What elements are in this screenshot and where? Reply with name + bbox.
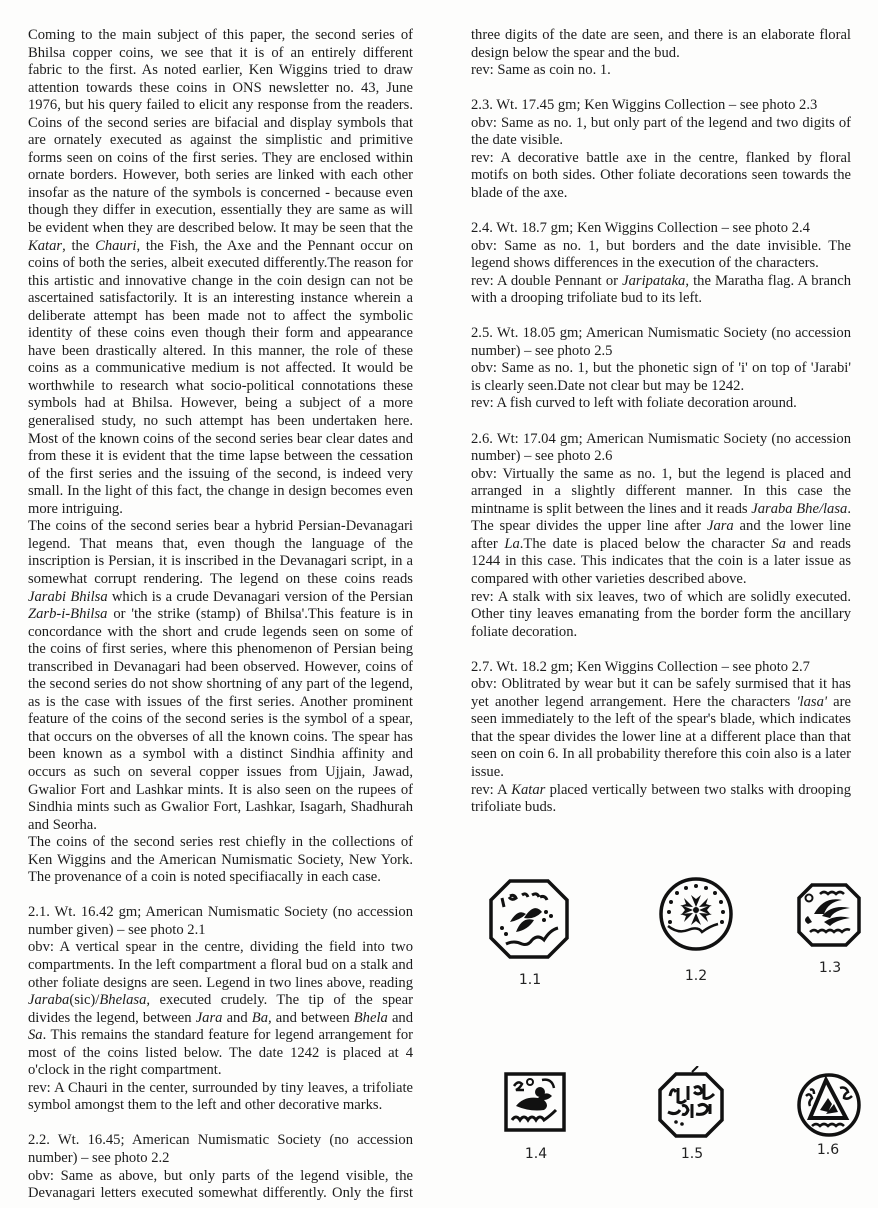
entry-2-1-obv: obv: A vertical spear in the centre, div… — [28, 939, 413, 1079]
coin-1-4-label: 1.4 — [496, 1146, 576, 1162]
rev-text: rev: A — [471, 782, 511, 798]
right-column: three digits of the date are seen, and t… — [471, 27, 851, 817]
legend-text-1: The coins of the second series bear a hy… — [28, 518, 413, 587]
sa-term: Sa — [28, 1027, 43, 1043]
coin-1-5-label: 1.5 — [652, 1146, 732, 1162]
entry-2-5-rev: rev: A fish curved to left with foliate … — [471, 395, 851, 413]
entry-2-4-header: 2.4. Wt. 18.7 gm; Ken Wiggins Collection… — [471, 220, 851, 238]
entry-2-5-header: 2.5. Wt. 18.05 gm; American Numismatic S… — [471, 325, 851, 360]
coin-1-4-sketch-icon — [504, 1072, 566, 1132]
intro-text-mid: , the — [62, 238, 95, 254]
legend-paragraph: The coins of the second series bear a hy… — [28, 518, 413, 834]
coin-1-1-sketch-icon — [488, 878, 570, 960]
paragraph-gap — [471, 202, 851, 220]
coin-1-5-sketch-icon — [656, 1066, 726, 1142]
rev-text: rev: A double Pennant or — [471, 273, 622, 289]
entry-2-3-obv: obv: Same as no. 1, but only part of the… — [471, 115, 851, 150]
collections-paragraph: The coins of the second series rest chie… — [28, 834, 413, 887]
entry-2-6-rev: rev: A stalk with six leaves, two of whi… — [471, 589, 851, 642]
entry-2-2-obv: obv: Same as above, but only parts of th… — [28, 1168, 413, 1203]
bhela-term: Bhela — [354, 1010, 388, 1026]
paragraph-gap — [471, 80, 851, 98]
la-term: La — [504, 536, 519, 552]
conj: and — [388, 1010, 413, 1026]
coin-1-2-label: 1.2 — [656, 968, 736, 984]
jarabi-bhilsa-term: Jarabi Bhilsa — [28, 589, 108, 605]
obv-text: obv: Oblitrated by wear but it can be sa… — [471, 676, 851, 710]
obv-text: obv: A vertical spear in the centre, div… — [28, 939, 413, 990]
entry-2-7-obv: obv: Oblitrated by wear but it can be sa… — [471, 676, 851, 781]
coin-1-6-label: 1.6 — [788, 1142, 868, 1158]
entry-2-2-obv-cont: three digits of the date are seen, and t… — [471, 27, 851, 62]
entry-2-7-header: 2.7. Wt. 18.2 gm; Ken Wiggins Collection… — [471, 659, 851, 677]
zarb-i-bhilsa-term: Zarb-i-Bhilsa — [28, 606, 107, 622]
katar-term: Katar — [511, 782, 545, 798]
coin-sketches-figure: 1.1 1.2 — [470, 860, 870, 1200]
jaripataka-term: Jaripataka — [622, 273, 685, 289]
jara-term: Jara — [707, 518, 734, 534]
jaraba-term: Jaraba — [28, 992, 69, 1008]
coin-1-3-sketch-icon — [796, 882, 862, 948]
sa-term: Sa — [771, 536, 786, 552]
intro-paragraph: Coming to the main subject of this paper… — [28, 27, 413, 518]
intro-text-rest: , the Fish, the Axe and the Pennant occu… — [28, 238, 413, 517]
entry-2-3-header: 2.3. Wt. 17.45 gm; Ken Wiggins Collectio… — [471, 97, 851, 115]
paragraph-gap — [471, 413, 851, 431]
jara-term: Jara — [196, 1010, 223, 1026]
legend-text-2: which is a crude Devanagari version of t… — [108, 589, 413, 605]
legend-text-3: or 'the strike (stamp) of Bhilsa'.This f… — [28, 606, 413, 833]
lasa-term: 'lasa' — [796, 694, 827, 710]
katar-term: Katar — [28, 238, 62, 254]
coin-1-3-label: 1.3 — [790, 960, 870, 976]
chauri-term: Chauri — [95, 238, 136, 254]
paragraph-gap — [28, 1115, 413, 1133]
bhelasa-term: Bhelasa, — [99, 992, 150, 1008]
entry-2-1-rev: rev: A Chauri in the center, surrounded … — [28, 1080, 413, 1115]
coin-1-6-sketch-icon — [796, 1072, 862, 1138]
entry-2-4-rev: rev: A double Pennant or Jaripataka, the… — [471, 273, 851, 308]
entry-2-6-obv: obv: Virtually the same as no. 1, but th… — [471, 466, 851, 589]
entry-2-4-obv: obv: Same as no. 1, but borders and the … — [471, 238, 851, 273]
conj: and between — [272, 1010, 354, 1026]
obv-text-d: .The date is placed below the character — [520, 536, 772, 552]
jaraba-bhelasa-term: Jaraba Bhe/lasa — [751, 501, 847, 517]
entry-2-2-header: 2.2. Wt. 16.45; American Numismatic Soci… — [28, 1132, 413, 1167]
entry-2-3-rev: rev: A decorative battle axe in the cent… — [471, 150, 851, 203]
coin-1-2-sketch-icon — [658, 876, 734, 952]
paragraph-gap — [471, 641, 851, 659]
conj: and — [222, 1010, 251, 1026]
left-column: Coming to the main subject of this paper… — [28, 27, 413, 1203]
ba-term: Ba, — [252, 1010, 272, 1026]
obv-text-c: . This remains the standard feature for … — [28, 1027, 413, 1078]
entry-2-5-obv: obv: Same as no. 1, but the phonetic sig… — [471, 360, 851, 395]
coin-1-1-label: 1.1 — [490, 972, 570, 988]
sic-note: (sic)/ — [69, 992, 99, 1008]
entry-2-2-rev: rev: Same as coin no. 1. — [471, 62, 851, 80]
entry-2-7-rev: rev: A Katar placed vertically between t… — [471, 782, 851, 817]
paragraph-gap — [471, 308, 851, 326]
intro-text: Coming to the main subject of this paper… — [28, 27, 413, 236]
entry-2-6-header: 2.6. Wt: 17.04 gm; American Numismatic S… — [471, 431, 851, 466]
paragraph-gap — [28, 887, 413, 905]
entry-2-1-header: 2.1. Wt. 16.42 gm; American Numismatic S… — [28, 904, 413, 939]
